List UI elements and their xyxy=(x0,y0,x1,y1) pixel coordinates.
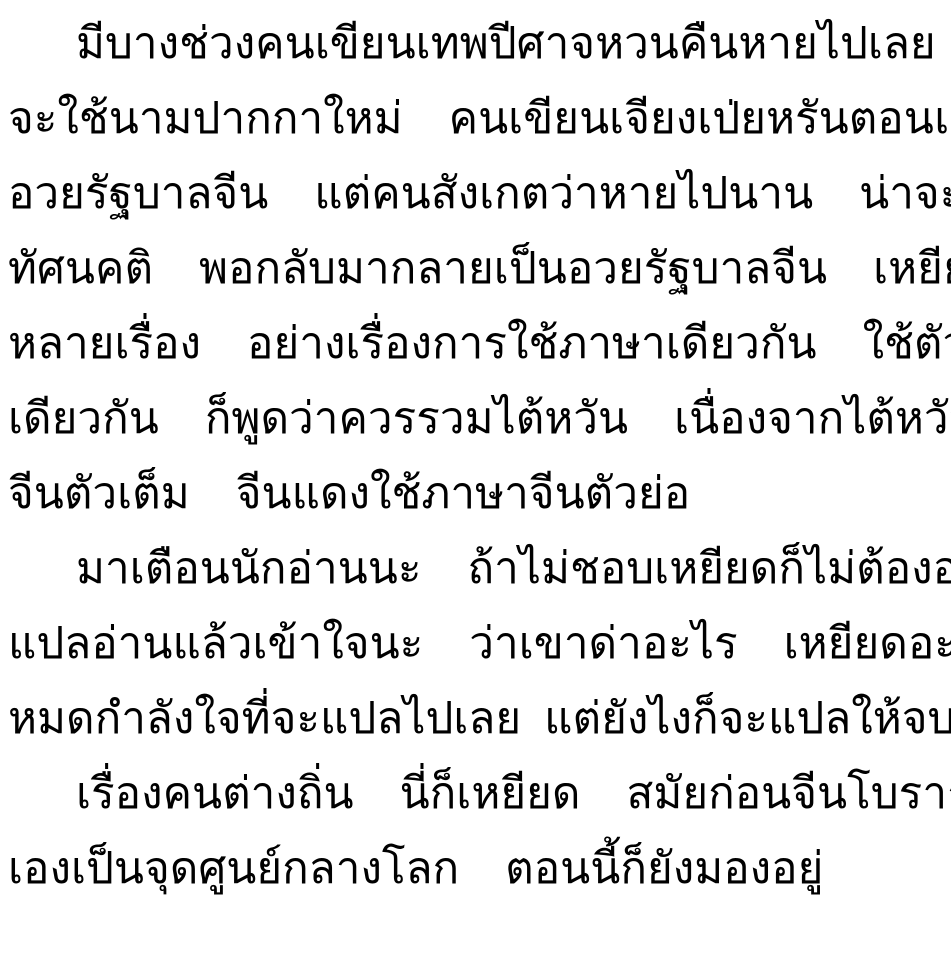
text-body: มีบางช่วงคนเขียนเทพปีศาจหวนคืนหายไปเลย แ… xyxy=(8,6,943,906)
text-line: แปลอ่านแล้วเข้าใจนะ ว่าเขาด่าอะไร เหยียด… xyxy=(8,606,943,681)
text-line: เดียวกัน ก็พูดว่าควรรวมไต้หวัน เนื่องจาก… xyxy=(8,381,943,456)
text-line: จีนตัวเต็ม จีนแดงใช้ภาษาจีนตัวย่อ xyxy=(8,456,943,531)
text-line: หมดกำลังใจที่จะแปลไปเลย แต่ยังไงก็จะแปลใ… xyxy=(8,681,943,756)
text-line: จะใช้นามปากกาใหม่ คนเขียนเจียงเป่ยหรันตอ… xyxy=(8,81,943,156)
text-line: มาเตือนนักอ่านนะ ถ้าไม่ชอบเหยียดก็ไม่ต้อ… xyxy=(8,531,943,606)
text-line: เรื่องคนต่างถิ่น นี่ก็เหยียด สมัยก่อนจีน… xyxy=(8,756,943,831)
document-page: มีบางช่วงคนเขียนเทพปีศาจหวนคืนหายไปเลย แ… xyxy=(0,0,951,966)
text-line: อวยรัฐบาลจีน แต่คนสังเกตว่าหายไปนาน น่าจ… xyxy=(8,156,943,231)
text-line: เองเป็นจุดศูนย์กลางโลก ตอนนี้ก็ยังมองอยู… xyxy=(8,831,943,906)
text-line: ทัศนคติ พอกลับมากลายเป็นอวยรัฐบาลจีน เหย… xyxy=(8,231,943,306)
text-line: หลายเรื่อง อย่างเรื่องการใช้ภาษาเดียวกัน… xyxy=(8,306,943,381)
text-line: มีบางช่วงคนเขียนเทพปีศาจหวนคืนหายไปเลย แ… xyxy=(8,6,943,81)
